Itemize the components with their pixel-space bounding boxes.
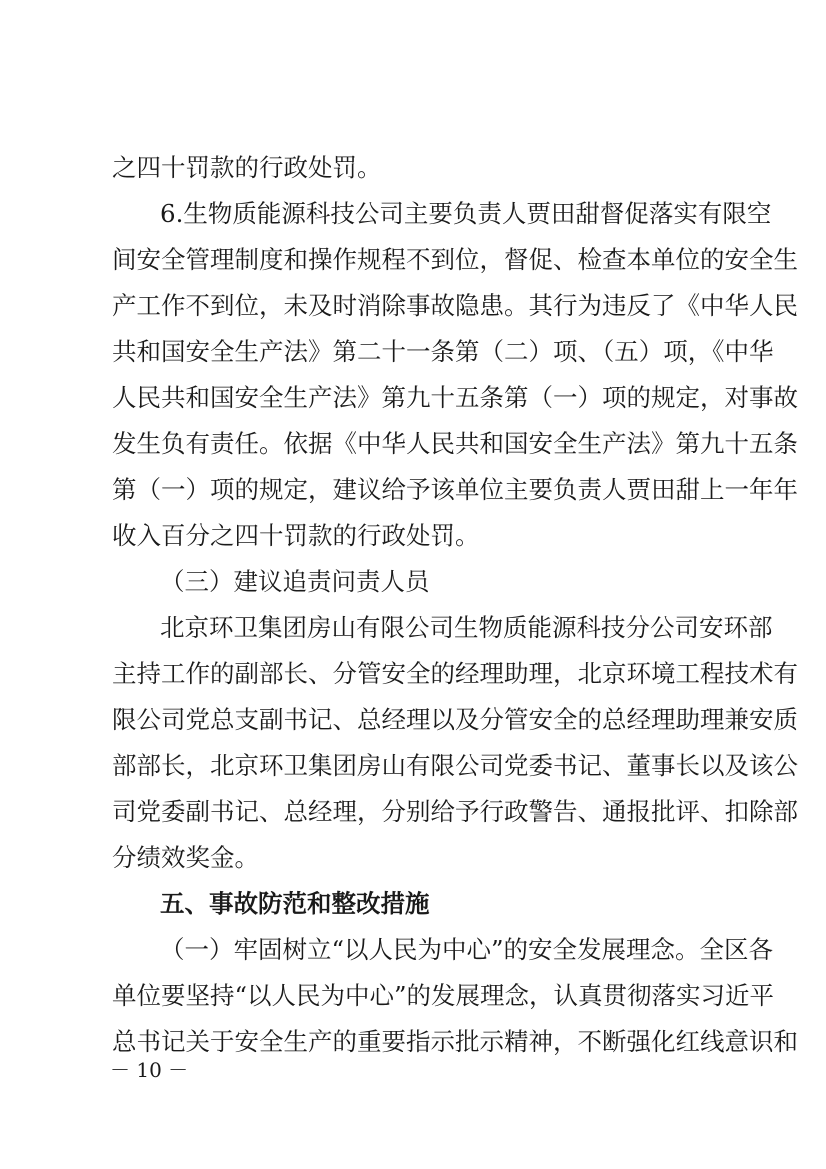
paragraph-line: 收入百分之四十罚款的行政处罚。 [112,516,718,556]
paragraph-line: 司党委副书记、总经理，分别给予行政警告、通报批评、扣除部 [112,792,718,832]
subsection-heading: （三）建议追责问责人员 [160,562,718,602]
page-number: － 10 － [110,1055,188,1085]
paragraph-line: 总书记关于安全生产的重要指示批示精神，不断强化红线意识和 [112,1022,718,1062]
section-heading: 五、事故防范和整改措施 [160,884,718,924]
paragraph-line: 北京环卫集团房山有限公司生物质能源科技分公司安环部 [160,608,718,648]
paragraph-line: （一）牢固树立“以人民为中心”的安全发展理念。全区各 [160,930,718,970]
paragraph-line: 主持工作的副部长、分管安全的经理助理，北京环境工程技术有 [112,654,718,694]
document-page: 之四十罚款的行政处罚。 6.生物质能源科技公司主要负责人贾田甜督促落实有限空 间… [0,0,826,1169]
paragraph-line: 之四十罚款的行政处罚。 [112,148,718,188]
paragraph-line: 间安全管理制度和操作规程不到位，督促、检查本单位的安全生 [112,240,718,280]
paragraph-line: 共和国安全生产法》第二十一条第（二）项、（五）项，《中华 [112,332,718,372]
paragraph-line: 限公司党总支副书记、总经理以及分管安全的总经理助理兼安质 [112,700,718,740]
paragraph-line: 人民共和国安全生产法》第九十五条第（一）项的规定，对事故 [112,378,718,418]
paragraph-line: 产工作不到位，未及时消除事故隐患。其行为违反了《中华人民 [112,286,718,326]
paragraph-line: 部部长，北京环卫集团房山有限公司党委书记、董事长以及该公 [112,746,718,786]
paragraph-line: 6.生物质能源科技公司主要负责人贾田甜督促落实有限空 [160,194,718,234]
paragraph-line: 分绩效奖金。 [112,838,718,878]
paragraph-line: 第（一）项的规定，建议给予该单位主要负责人贾田甜上一年年 [112,470,718,510]
paragraph-line: 发生负有责任。依据《中华人民共和国安全生产法》第九十五条 [112,424,718,464]
paragraph-line: 单位要坚持“以人民为中心”的发展理念，认真贯彻落实习近平 [112,976,718,1016]
